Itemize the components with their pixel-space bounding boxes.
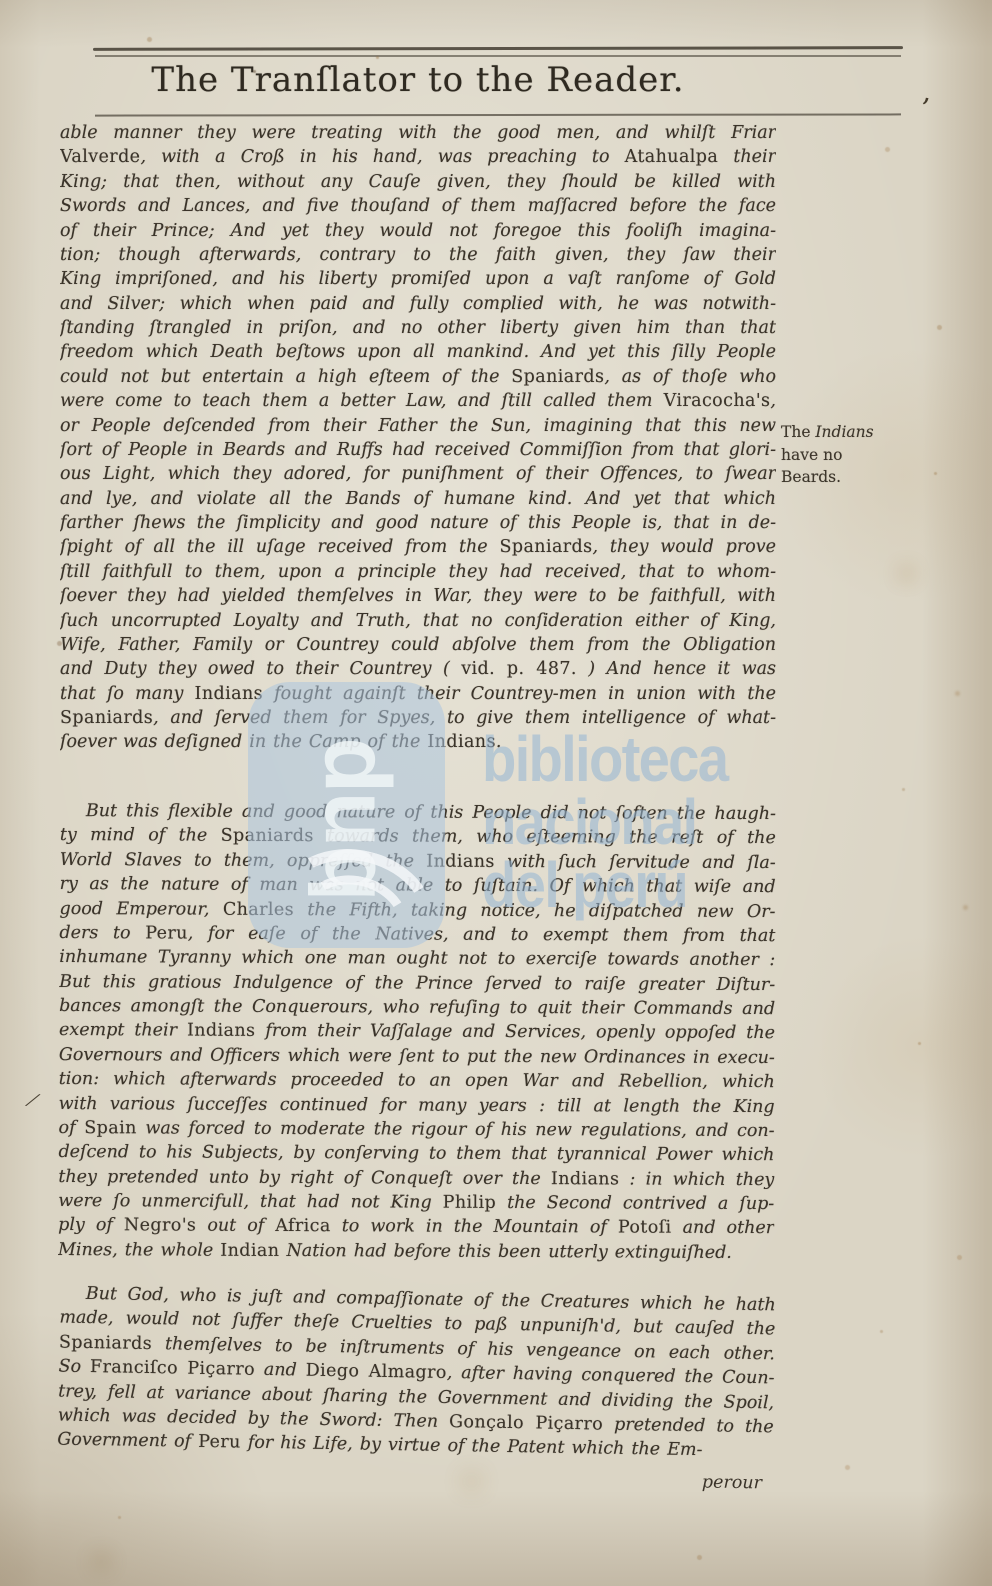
text-line: of Spain was forced to moderate the rigo… [59, 1116, 775, 1143]
text-line: King impriſoned, and his liberty promiſe… [60, 267, 776, 291]
text-line: exempt their Indians from their Vaſſalag… [59, 1018, 775, 1045]
text-line: World Slaves to them, oppreſſed the Indi… [60, 847, 776, 874]
paragraph: But God, who is juſt and compaſſionate o… [57, 1281, 776, 1463]
text-line: Governours and Officers which were ſent … [59, 1042, 775, 1069]
text-line: Valverde, with a Croß in his hand, was p… [60, 145, 776, 169]
text-line: could not but entertain a high eſteem of… [60, 365, 776, 389]
text-line: King; that then, without any Cauſe given… [60, 170, 776, 194]
text-line: ſuch uncorrupted Loyalty and Truth, that… [60, 609, 776, 633]
text-line: or People deſcended from their Father th… [60, 414, 776, 438]
text-line: and Silver; which when paid and fully co… [60, 292, 776, 316]
text-line: ſoever was deſigned in the Camp of the I… [60, 730, 776, 754]
text-line: good Emperour, Charles the Fifth, taking… [59, 896, 775, 923]
text-line: deſcend to his Subjects, by conſerving t… [58, 1140, 774, 1167]
text-line: ſpight of all the ill uſage received fro… [60, 535, 776, 559]
text-line: were come to teach them a better Law, an… [60, 389, 776, 413]
margin-note-line: Beards. [781, 466, 907, 489]
text-line: tion: which afterwards proceeded to an o… [59, 1067, 775, 1094]
text-line: freedom which Death beſtows upon all man… [60, 340, 776, 364]
text-line: tion; though afterwards, contrary to the… [60, 243, 776, 267]
text-line: But this flexible and good nature of thi… [60, 799, 776, 826]
text-line: Swords and Lances, and five thouſand of … [60, 194, 776, 218]
text-line: ſoever they had yielded themſelves in Wa… [60, 584, 776, 608]
paragraph: able manner they were treating with the … [60, 121, 776, 755]
text-line: farther ſhews the ſimplicity and good na… [60, 511, 776, 535]
catchword: perour [60, 1462, 776, 1493]
header-double-rule-bottom [95, 55, 901, 57]
text-line: and lye, and violate all the Bands of hu… [60, 487, 776, 511]
margin-note-line: have no [781, 444, 907, 467]
text-line: ry as the nature of man was not able to … [60, 872, 776, 899]
stray-ink-mark: ’ [917, 91, 932, 125]
text-line: ſort of People in Beards and Ruffs had r… [60, 438, 776, 462]
text-line: and Duty they owed to their Countrey ( v… [60, 657, 776, 681]
body-text: able manner they were treating with the … [60, 121, 776, 1453]
text-line: inhumane Tyranny which one man ought not… [59, 945, 775, 972]
text-line: ty mind of the Spaniards towards them, w… [60, 823, 776, 850]
text-line: Spaniards, and ſerved them for Spyes, to… [60, 706, 776, 730]
text-line: ders to Peru, for eaſe of the Natives, a… [59, 921, 775, 948]
title-underline-rule [95, 113, 901, 116]
stray-slash-mark: ⁄ [29, 1090, 37, 1112]
text-line: ous Light, which they adored, for puniſh… [60, 462, 776, 486]
text-line: Mines, the whole Indian Nation had befor… [58, 1237, 774, 1264]
text-line: Wife, Father, Family or Countrey could a… [60, 633, 776, 657]
paragraph: But this flexible and good nature of thi… [58, 799, 776, 1265]
paper-foxing-specks [0, 0, 3, 3]
text-line: were ſo unmercifull, that had not King P… [58, 1189, 774, 1216]
text-line: bances amongſt the Conquerours, who refu… [59, 994, 775, 1021]
header-double-rule-top [93, 46, 903, 51]
text-line: ſtill faithfull to them, upon a principl… [60, 560, 776, 584]
margin-note-line: The Indians [781, 421, 907, 444]
margin-note: The Indianshave noBeards. [781, 421, 907, 489]
text-line: But this gratious Indulgence of the Prin… [59, 969, 775, 996]
text-line: able manner they were treating with the … [60, 121, 776, 145]
text-line: that ſo many Indians fought againſt thei… [60, 682, 776, 706]
text-line: they pretended unto by right of Conqueſt… [58, 1164, 774, 1191]
text-line: of their Prince; And yet they would not … [60, 219, 776, 243]
book-page-scan: The Tranſlator to the Reader. able manne… [0, 0, 992, 1586]
text-line: ply of Negro's out of Africa to work in … [58, 1213, 774, 1240]
page-title: The Tranſlator to the Reader. [60, 60, 776, 100]
text-line: ſtanding ſtrangled in priſon, and no oth… [60, 316, 776, 340]
text-line: with various ſucceſſes continued for man… [59, 1091, 775, 1118]
